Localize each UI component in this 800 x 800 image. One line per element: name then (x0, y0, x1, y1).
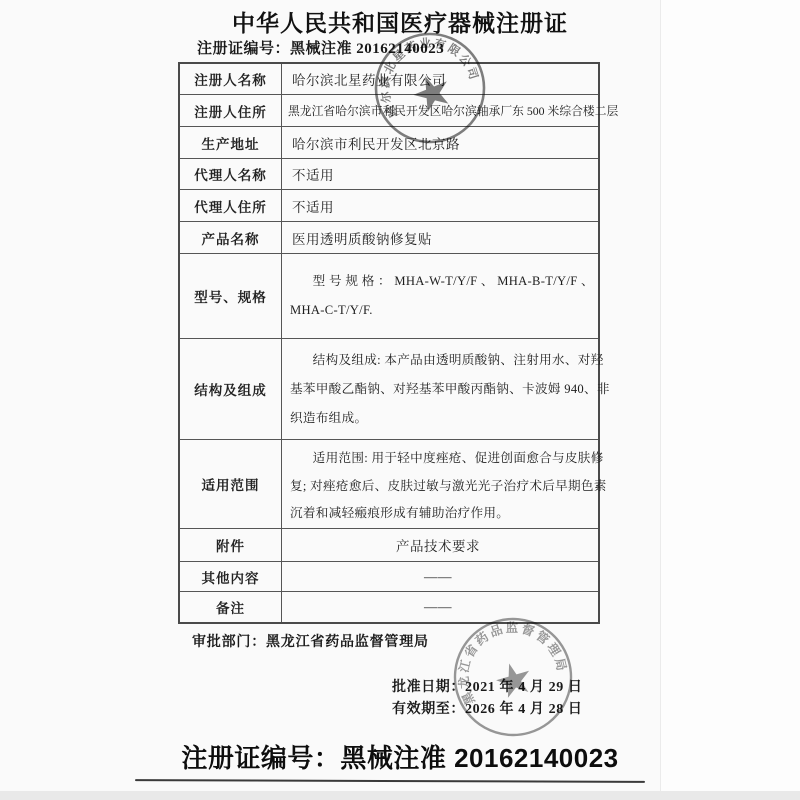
row-label: 适用范围 (180, 440, 282, 528)
row-value: 医用透明质酸钠修复贴 (282, 222, 598, 253)
row-label: 结构及组成 (180, 339, 282, 439)
scan-bottom-strip (0, 791, 800, 800)
row-label: 代理人住所 (180, 190, 282, 221)
approval-department-line: 审批部门：黑龙江省药品监督管理局 (192, 631, 429, 651)
value-line: 基苯甲酸乙酯钠、对羟基苯甲酸丙酯钠、卡波姆 940、非 (290, 375, 610, 404)
table-row-registrant-name: 注册人名称 哈尔滨北星药业有限公司 (180, 64, 598, 95)
table-row-attachment: 附件 产品技术要求 (180, 529, 598, 562)
row-value: 适用范围: 用于轻中度痤疮、促进创面愈合与皮肤修 复; 对痤疮愈后、皮肤过敏与激… (282, 440, 609, 528)
row-value: 哈尔滨北星药业有限公司 (282, 64, 598, 94)
row-value: 产品技术要求 (282, 529, 598, 561)
valid-until-value: 2026 年 4 月 28 日 (465, 702, 583, 717)
table-row-product-name: 产品名称 医用透明质酸钠修复贴 (180, 222, 598, 254)
paper-edge-line (660, 0, 661, 800)
row-label: 备注 (180, 592, 282, 622)
row-value: 哈尔滨市利民开发区北京路 (282, 127, 598, 158)
row-label: 生产地址 (180, 127, 282, 158)
row-value: —— (282, 562, 598, 591)
approval-date-label: 批准日期： (392, 680, 465, 695)
table-row-model-spec: 型号、规格 型 号 规 格 ： MHA-W-T/Y/F 、 MHA-B-T/Y/… (180, 254, 598, 339)
approval-department-label: 审批部门： (192, 635, 266, 650)
row-label: 代理人名称 (180, 159, 282, 189)
row-value: 不适用 (282, 190, 598, 221)
table-row-registrant-address: 注册人住所 黑龙江省哈尔滨市利民开发区哈尔滨轴承厂东 500 米综合楼二层 (180, 95, 598, 127)
row-value: 不适用 (282, 159, 598, 189)
table-row-production-address: 生产地址 哈尔滨市利民开发区北京路 (180, 127, 598, 159)
row-value: —— (282, 592, 598, 622)
row-label: 型号、规格 (180, 254, 282, 338)
value-line: 适用范围: 用于轻中度痤疮、促进创面愈合与皮肤修 (290, 445, 607, 473)
row-label: 其他内容 (180, 562, 282, 591)
valid-until-line: 有效期至：2026 年 4 月 28 日 (392, 698, 583, 718)
approval-department-value: 黑龙江省药品监督管理局 (266, 635, 429, 650)
value-line: MHA-C-T/Y/F. (290, 296, 596, 325)
registration-number-line: 注册证编号：黑械注准 20162140023 (197, 37, 444, 58)
table-row-agent-address: 代理人住所 不适用 (180, 190, 598, 222)
value-line: 型 号 规 格 ： MHA-W-T/Y/F 、 MHA-B-T/Y/F 、 (290, 267, 596, 296)
footer-registration-number: 注册证编号：黑械注准 20162140023 (0, 738, 800, 775)
certificate-table: 注册人名称 哈尔滨北星药业有限公司 注册人住所 黑龙江省哈尔滨市利民开发区哈尔滨… (178, 62, 600, 624)
row-label: 产品名称 (180, 222, 282, 253)
certificate-page: 中华人民共和国医疗器械注册证 注册证编号：黑械注准 20162140023 注册… (0, 0, 800, 800)
valid-until-label: 有效期至： (392, 702, 465, 717)
certificate-title: 中华人民共和国医疗器械注册证 (0, 5, 800, 38)
approval-date-value: 2021 年 4 月 29 日 (465, 680, 583, 695)
table-row-intended-use: 适用范围 适用范围: 用于轻中度痤疮、促进创面愈合与皮肤修 复; 对痤疮愈后、皮… (180, 440, 598, 529)
row-value: 结构及组成: 本产品由透明质酸钠、注射用水、对羟 基苯甲酸乙酯钠、对羟基苯甲酸丙… (282, 339, 612, 439)
value-line: 织造布组成。 (290, 404, 610, 433)
registration-number-value: 黑械注准 20162140023 (290, 41, 444, 57)
row-label: 注册人住所 (180, 95, 282, 126)
table-row-agent-name: 代理人名称 不适用 (180, 159, 598, 190)
approval-date-line: 批准日期：2021 年 4 月 29 日 (392, 676, 583, 696)
table-row-structure-composition: 结构及组成 结构及组成: 本产品由透明质酸钠、注射用水、对羟 基苯甲酸乙酯钠、对… (180, 339, 598, 440)
value-line: 结构及组成: 本产品由透明质酸钠、注射用水、对羟 (290, 346, 610, 375)
table-row-remarks: 备注 —— (180, 592, 598, 622)
row-label: 注册人名称 (180, 64, 282, 94)
value-line: 沉着和减轻瘢痕形成有辅助治疗作用。 (290, 500, 607, 528)
row-value: 黑龙江省哈尔滨市利民开发区哈尔滨轴承厂东 500 米综合楼二层 (282, 95, 622, 126)
row-value: 型 号 规 格 ： MHA-W-T/Y/F 、 MHA-B-T/Y/F 、 MH… (282, 254, 598, 338)
registration-number-label: 注册证编号： (197, 41, 290, 57)
value-line: 复; 对痤疮愈后、皮肤过敏与激光光子治疗术后早期色素 (290, 473, 607, 501)
table-row-other-content: 其他内容 —— (180, 562, 598, 592)
row-label: 附件 (180, 529, 282, 561)
